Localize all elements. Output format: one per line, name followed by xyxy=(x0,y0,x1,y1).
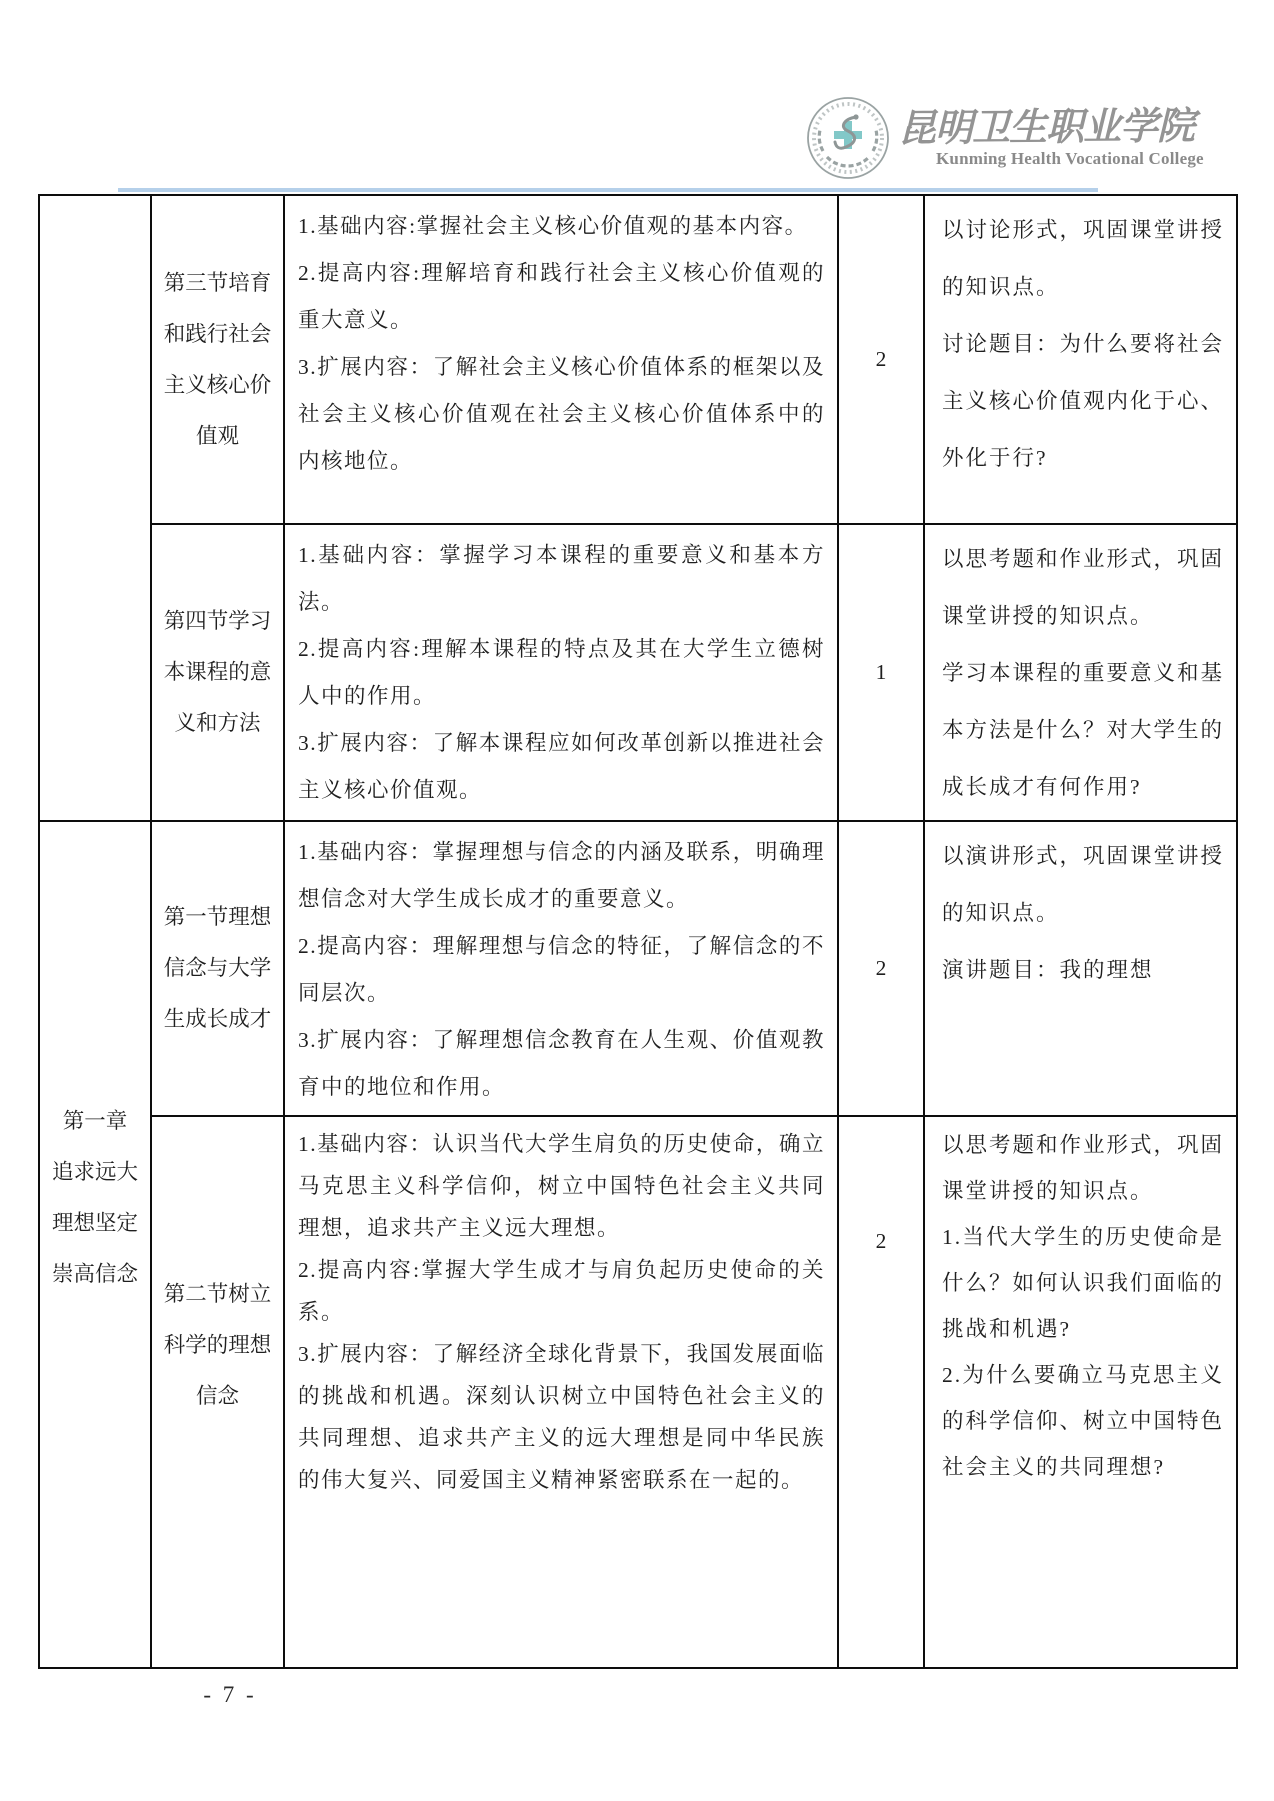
methods-cell-scientific-ideals: 以思考题和作业形式，巩固课堂讲授的知识点。 1.当代大学生的历史使命是什么？如何… xyxy=(924,1116,1237,1668)
hours-cell-scientific-ideals: 2 xyxy=(838,1116,924,1668)
table-row-section4: 第四节学习 本课程的意 义和方法 1.基础内容：掌握学习本课程的重要意义和基本方… xyxy=(39,524,1237,821)
methods-cell-course-meaning: 以思考题和作业形式，巩固课堂讲授的知识点。 学习本课程的重要意义和基本方法是什么… xyxy=(924,524,1237,821)
page-number: - 7 - xyxy=(190,1682,270,1708)
content-cell-ideals-beliefs: 1.基础内容：掌握理想与信念的内涵及联系，明确理想信念对大学生成长成才的重要意义… xyxy=(284,821,838,1116)
college-seal-graphic xyxy=(806,96,890,180)
hours-cell-course-meaning: 1 xyxy=(838,524,924,821)
content-cell-course-meaning: 1.基础内容：掌握学习本课程的重要意义和基本方法。 2.提高内容:理解本课程的特… xyxy=(284,524,838,821)
methods-cell-cultivate-core-values: 以讨论形式，巩固课堂讲授的知识点。 讨论题目：为什么要将社会主义核心价值观内化于… xyxy=(924,195,1237,524)
content-cell-cultivate-core-values: 1.基础内容:掌握社会主义核心价值观的基本内容。 2.提高内容:理解培育和践行社… xyxy=(284,195,838,524)
table-row-section2-ch1: 第二节树立 科学的理想 信念 1.基础内容：认识当代大学生肩负的历史使命，确立马… xyxy=(39,1116,1237,1668)
header-divider xyxy=(118,188,1098,192)
section-cell-course-meaning: 第四节学习 本课程的意 义和方法 xyxy=(151,524,284,821)
methods-cell-ideals-beliefs: 以演讲形式，巩固课堂讲授的知识点。 演讲题目：我的理想 xyxy=(924,821,1237,1116)
section-cell-cultivate-core-values: 第三节培育 和践行社会 主义核心价 值观 xyxy=(151,195,284,524)
chapter-cell-empty xyxy=(39,195,151,821)
curriculum-table: 第三节培育 和践行社会 主义核心价 值观 1.基础内容:掌握社会主义核心价值观的… xyxy=(38,194,1238,1669)
college-name-zh: 昆明卫生职业学院 xyxy=(898,103,1178,151)
document-page: 昆明卫生职业学院 Kunming Health Vocational Colle… xyxy=(0,0,1274,1801)
table-row-section3: 第三节培育 和践行社会 主义核心价 值观 1.基础内容:掌握社会主义核心价值观的… xyxy=(39,195,1237,524)
college-name-en: Kunming Health Vocational College xyxy=(936,149,1236,169)
chapter-cell-chapter1: 第一章 追求远大 理想坚定 崇高信念 xyxy=(39,821,151,1668)
section-cell-ideals-beliefs: 第一节理想 信念与大学 生成长成才 xyxy=(151,821,284,1116)
hours-cell-cultivate-core-values: 2 xyxy=(838,195,924,524)
section-cell-scientific-ideals: 第二节树立 科学的理想 信念 xyxy=(151,1116,284,1668)
college-seal-icon xyxy=(806,96,890,180)
hours-cell-ideals-beliefs: 2 xyxy=(838,821,924,1116)
table-row-section1-ch1: 第一章 追求远大 理想坚定 崇高信念 第一节理想 信念与大学 生成长成才 1.基… xyxy=(39,821,1237,1116)
content-cell-scientific-ideals: 1.基础内容：认识当代大学生肩负的历史使命，确立马克思主义科学信仰，树立中国特色… xyxy=(284,1116,838,1668)
